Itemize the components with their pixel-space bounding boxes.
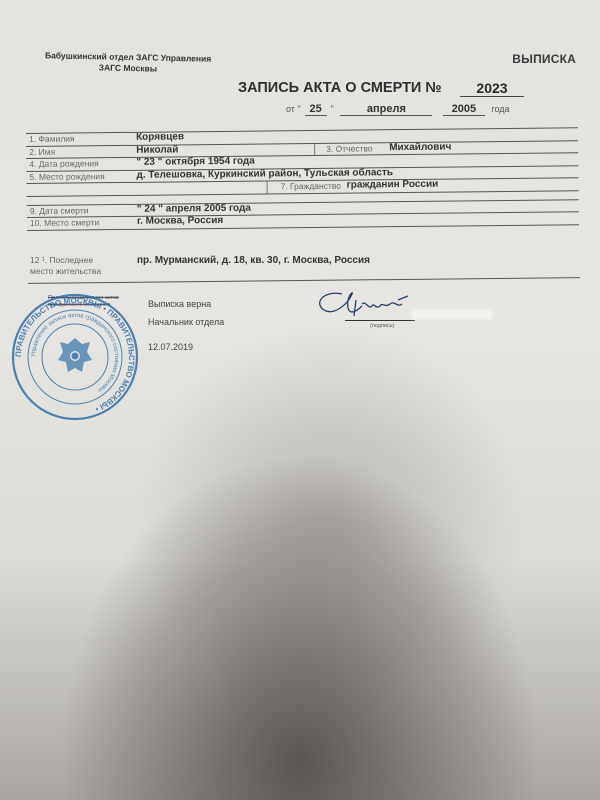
- signature-caption: (подпись): [370, 323, 394, 329]
- column-divider: [267, 181, 268, 193]
- issuing-organization: Бабушкинский отдел ЗАГС Управления ЗАГС …: [18, 50, 238, 77]
- death-date-label: 9. Дата смерти: [30, 205, 89, 216]
- document-title: ЗАПИСЬ АКТА О СМЕРТИ №: [238, 80, 442, 96]
- death-place-value: г. Москва, Россия: [137, 215, 223, 227]
- record-number: 2023: [460, 80, 524, 97]
- column-divider: [314, 143, 315, 155]
- death-place-label: 10. Место смерти: [30, 217, 99, 228]
- last-residence-label-line-1: 12 ¹. Последнее: [30, 255, 101, 266]
- surname-label: 1. Фамилия: [29, 133, 75, 143]
- official-stamp-icon: ПРАВИТЕЛЬСТВО МОСКВЫ • ПРАВИТЕЛЬСТВО МОС…: [10, 292, 140, 422]
- surname-value: Корявцев: [136, 131, 184, 143]
- divider-line: [28, 277, 580, 284]
- birth-date-value: " 23 " октября 1954 года: [136, 156, 255, 168]
- citizenship-label: 7. Гражданство: [281, 181, 341, 192]
- death-date-value: " 24 " апреля 2005 года: [137, 202, 251, 214]
- document-type: ВЫПИСКА: [512, 52, 576, 66]
- official-position: Начальник отдела: [148, 313, 224, 331]
- record-year: 2005: [443, 103, 485, 116]
- year-suffix: года: [491, 104, 509, 114]
- from-label: от: [286, 104, 295, 114]
- record-month: апреля: [340, 103, 432, 116]
- birth-place-value: д. Телешовка, Куркинский район, Тульская…: [136, 167, 393, 181]
- document-page: Бабушкинский отдел ЗАГС Управления ЗАГС …: [0, 0, 600, 800]
- certification-block: Выписка верна Начальник отдела: [148, 295, 224, 331]
- record-fields-table: 1. Фамилия Корявцев 2. Имя Николай 3. От…: [26, 127, 579, 230]
- last-residence-label-line-2: место жительства: [30, 266, 101, 277]
- birth-place-label: 5. Место рождения: [29, 171, 104, 182]
- redacted-name: [412, 310, 492, 319]
- record-date: от "25" апреля 2005 года: [286, 103, 510, 116]
- last-residence-label: 12 ¹. Последнее место жительства: [30, 255, 101, 277]
- record-day: 25: [305, 103, 327, 116]
- signature-line: [345, 320, 415, 321]
- extract-correct-label: Выписка верна: [148, 295, 224, 313]
- citizenship-value: гражданин России: [347, 179, 439, 191]
- patronymic-label: 3. Отчество: [326, 143, 373, 153]
- name-label: 2. Имя: [29, 146, 55, 156]
- patronymic-value: Михайлович: [389, 141, 451, 153]
- name-value: Николай: [136, 144, 178, 155]
- last-residence-value: пр. Мурманский, д. 18, кв. 30, г. Москва…: [137, 255, 370, 266]
- issue-date: 12.07.2019: [148, 342, 193, 352]
- birth-date-label: 4. Дата рождения: [29, 158, 99, 169]
